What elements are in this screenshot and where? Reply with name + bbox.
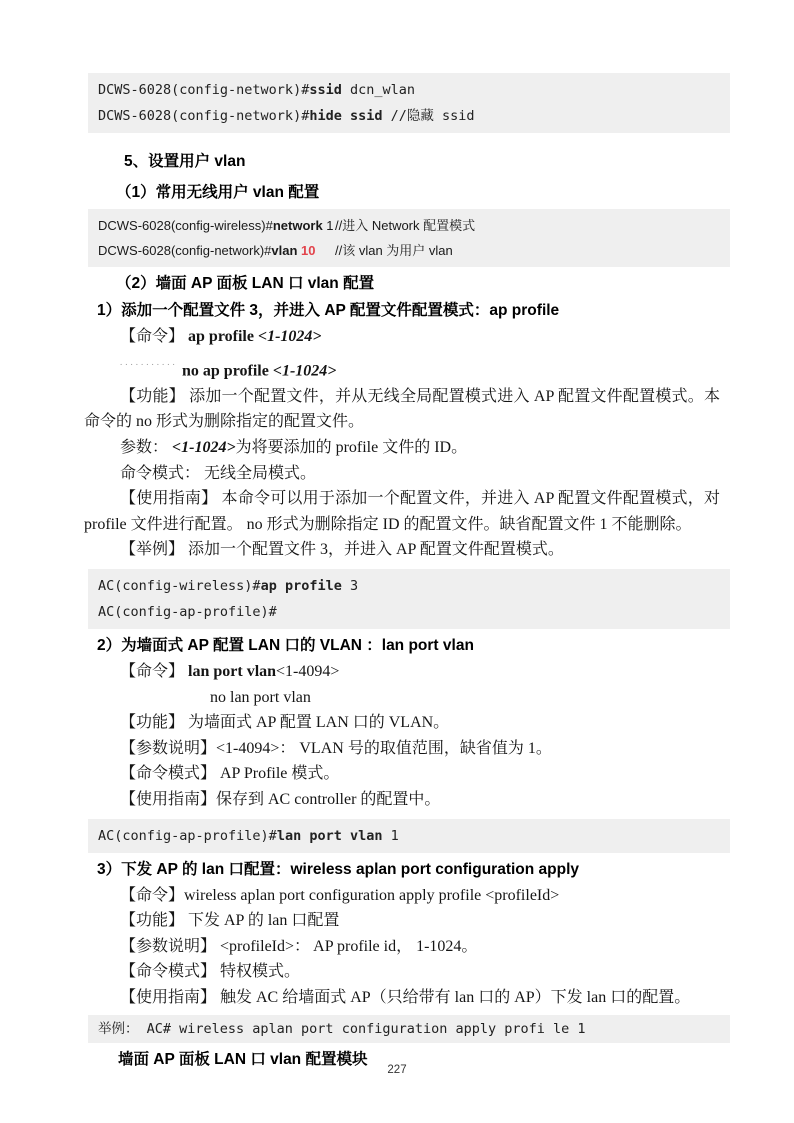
command-parameter: <1-1024>	[273, 362, 337, 379]
cli-prompt: AC(config-ap-profile)#	[98, 828, 277, 844]
cli-command: lan port vlan	[277, 828, 383, 844]
command-text: ap profile	[188, 328, 258, 345]
cli-command-part: DCWS-6028(config-network)#vlan 10	[98, 238, 335, 263]
step2-function-line: 【功能】 为墙面式 AP 配置 LAN 口的 VLAN。	[84, 710, 720, 736]
cli-command: vlan	[271, 243, 297, 258]
step3-guide-paragraph: 【使用指南】 触发 AC 给墙面式 AP（只给带有 lan 口的 AP）下发 l…	[84, 985, 720, 1011]
step1-function-paragraph: 【功能】 添加一个配置文件，并从无线全局配置模式进入 AP 配置文件配置模式。本…	[84, 384, 720, 435]
cli-command: ap profile	[261, 578, 342, 594]
step2-command-no-line: no lan port vlan	[84, 685, 720, 711]
step1-command-line: 【命令】 ap profile <1-1024>	[84, 324, 720, 350]
parameter-value: <1-1024>	[172, 439, 236, 456]
cli-comment: //该 vlan 为用户 vlan	[335, 243, 453, 258]
step1-parameter-line: 参数： <1-1024>为将要添加的 profile 文件的 ID。	[84, 435, 720, 461]
cli-argument: dcn_wlan	[342, 82, 415, 98]
code-line: AC(config-ap-profile)#	[98, 599, 720, 625]
code-block-user-vlan: DCWS-6028(config-wireless)#network 1//进入…	[88, 209, 730, 267]
cli-command: network	[273, 218, 323, 233]
section-heading-5: 5、设置用户 vlan	[84, 152, 720, 172]
step3-mode-line: 【命令模式】 特权模式。	[84, 959, 720, 985]
cli-prompt: DCWS-6028(config-network)#	[98, 82, 309, 98]
document-page: DCWS-6028(config-network)#ssid dcn_wlan …	[0, 0, 794, 1123]
code-line: 举例： AC# wireless aplan port configuratio…	[98, 1019, 720, 1039]
cli-argument: 1	[323, 218, 334, 233]
cli-argument-highlighted: 10	[297, 243, 315, 258]
command-text: no ap profile	[182, 362, 273, 379]
step3-heading: 3）下发 AP 的 lan 口配置：wireless aplan port co…	[84, 860, 720, 880]
cli-prompt: AC(config-wireless)#	[98, 578, 261, 594]
step2-guide-line: 【使用指南】保存到 AC controller 的配置中。	[84, 787, 720, 813]
command-label: 【命令】	[120, 328, 188, 345]
cli-command: ssid	[309, 82, 342, 98]
code-line: DCWS-6028(config-wireless)#network 1//进入…	[98, 213, 720, 238]
code-line: DCWS-6028(config-network)#hide ssid //隐藏…	[98, 103, 720, 129]
cli-comment: //进入 Network 配置模式	[335, 218, 475, 233]
cli-prompt: AC(config-ap-profile)#	[98, 604, 277, 620]
command-text: lan port vlan	[188, 663, 276, 680]
command-parameter: <1-1024>	[258, 328, 322, 345]
leader-dots: ...........	[120, 350, 182, 376]
step3-function-line: 【功能】 下发 AP 的 lan 口配置	[84, 908, 720, 934]
step3-parameter-line: 【参数说明】 <profileId>： AP profile id， 1-102…	[84, 934, 720, 960]
cli-command-part: DCWS-6028(config-wireless)#network 1	[98, 213, 335, 238]
step2-command-line: 【命令】 lan port vlan<1-4094>	[84, 659, 720, 685]
command-label: 【命令】	[120, 663, 188, 680]
step1-heading: 1）添加一个配置文件 3，并进入 AP 配置文件配置模式：ap profile	[84, 301, 720, 321]
step2-mode-line: 【命令模式】 AP Profile 模式。	[84, 761, 720, 787]
step3-command-line: 【命令】wireless aplan port configuration ap…	[84, 883, 720, 909]
code-line: DCWS-6028(config-network)#ssid dcn_wlan	[98, 77, 720, 103]
cli-command: hide ssid	[309, 108, 382, 124]
step1-guide-paragraph: 【使用指南】 本命令可以用于添加一个配置文件，并进入 AP 配置文件配置模式，对…	[84, 486, 720, 537]
code-block-ssid: DCWS-6028(config-network)#ssid dcn_wlan …	[88, 73, 730, 133]
subsection-heading-1: （1）常用无线用户 vlan 配置	[84, 183, 720, 203]
code-block-apply-example: 举例： AC# wireless aplan port configuratio…	[88, 1015, 730, 1043]
cli-argument: 1	[382, 828, 398, 844]
subsection-heading-2: （2）墙面 AP 面板 LAN 口 vlan 配置	[84, 274, 720, 294]
cli-comment: //隐藏 ssid	[382, 108, 474, 124]
cli-prompt: DCWS-6028(config-network)#	[98, 243, 271, 258]
step2-heading: 2）为墙面式 AP 配置 LAN 口的 VLAN ：lan port vlan	[84, 636, 720, 656]
page-content: DCWS-6028(config-network)#ssid dcn_wlan …	[0, 0, 794, 1070]
parameter-description: 为将要添加的 profile 文件的 ID。	[236, 439, 468, 456]
code-block-ap-profile: AC(config-wireless)#ap profile 3 AC(conf…	[88, 569, 730, 629]
step2-parameter-line: 【参数说明】<1-4094>： VLAN 号的取值范围，缺省值为 1。	[84, 736, 720, 762]
cli-prompt: DCWS-6028(config-network)#	[98, 108, 309, 124]
command-parameter: <1-4094>	[276, 663, 339, 680]
page-number: 227	[0, 1064, 794, 1076]
code-block-lan-port-vlan: AC(config-ap-profile)#lan port vlan 1	[88, 819, 730, 853]
code-line: DCWS-6028(config-network)#vlan 10//该 vla…	[98, 238, 720, 263]
parameter-label: 参数：	[120, 439, 172, 456]
code-line: AC(config-wireless)#ap profile 3	[98, 573, 720, 599]
cli-argument: 3	[342, 578, 358, 594]
step1-mode-line: 命令模式： 无线全局模式。	[84, 461, 720, 487]
step1-example-line: 【举例】 添加一个配置文件 3，并进入 AP 配置文件配置模式。	[84, 537, 720, 563]
step1-command-no-line: ...........no ap profile <1-1024>	[84, 350, 720, 384]
cli-prompt: DCWS-6028(config-wireless)#	[98, 218, 273, 233]
code-line: AC(config-ap-profile)#lan port vlan 1	[98, 823, 720, 849]
